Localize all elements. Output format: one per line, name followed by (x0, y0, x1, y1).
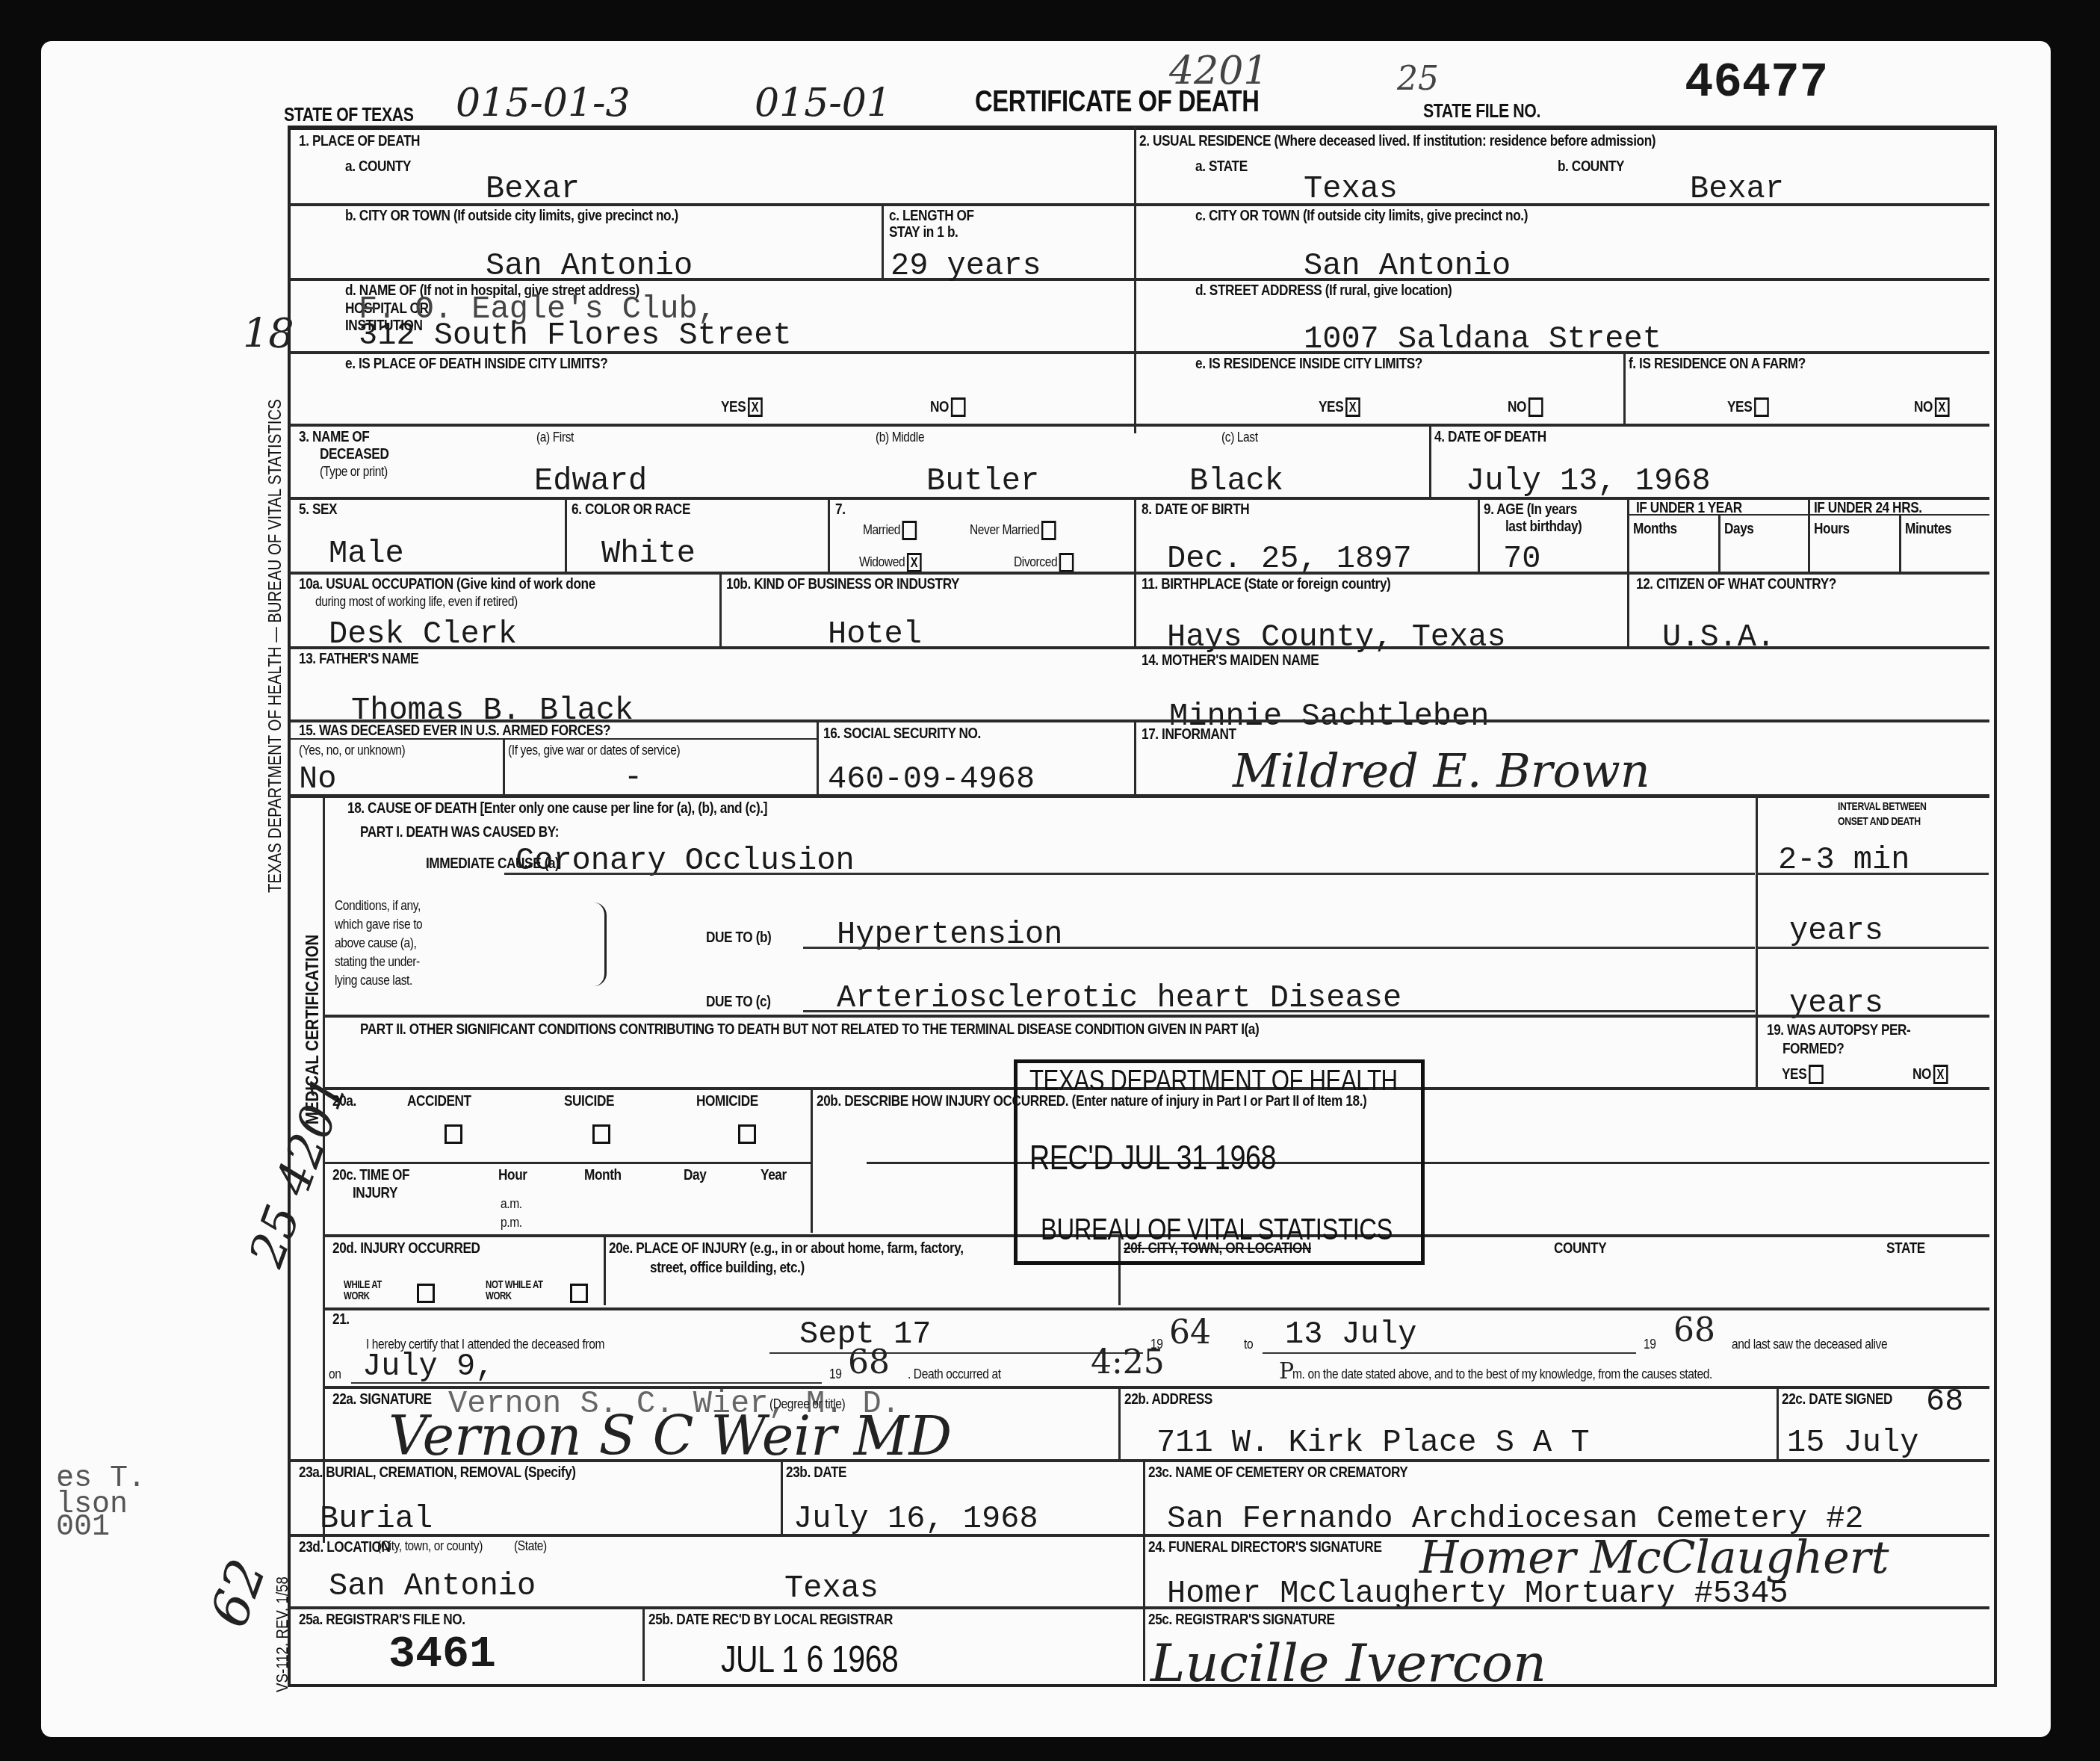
interval-b[interactable]: years (1789, 915, 1883, 947)
residence-inside-yes[interactable]: YESX (1319, 397, 1360, 417)
attended-from-year[interactable]: 64 (1169, 1313, 1211, 1352)
injury-state-label: STATE (1886, 1240, 1925, 1257)
cemetery[interactable]: San Fernando Archdiocesan Cemetery #2 (1167, 1503, 1864, 1535)
residence-county[interactable]: Bexar (1690, 173, 1784, 205)
part2-label: PART II. OTHER SIGNIFICANT CONDITIONS CO… (360, 1021, 1259, 1038)
divider (1808, 497, 1810, 572)
business[interactable]: Hotel (828, 619, 922, 650)
autopsy-label-2: FORMED? (1782, 1041, 1844, 1057)
date-of-birth-label: 8. DATE OF BIRTH (1142, 501, 1249, 518)
rule (324, 1015, 1989, 1018)
city-label: b. CITY OR TOWN (If outside city limits,… (345, 208, 678, 224)
rule (803, 947, 1755, 949)
residence-inside-limits-label: e. IS RESIDENCE INSIDE CITY LIMITS? (1195, 356, 1422, 372)
checkbox-checked[interactable]: X (1933, 1065, 1948, 1084)
divider (1118, 1386, 1121, 1459)
while-at-work-checkbox[interactable] (417, 1284, 435, 1303)
marital-never-married[interactable]: Never Married (970, 521, 1056, 540)
interval-a[interactable]: 2-3 min (1778, 844, 1909, 876)
yes-label: YES (1319, 398, 1343, 415)
while-at-work-label: WHILE AT WORK (344, 1278, 382, 1302)
injury-20a-label: 20a. (332, 1093, 356, 1109)
age-label-2: last birthday) (1505, 519, 1582, 535)
brace (594, 903, 607, 986)
armed-sub-2: (If yes, give war or dates of service) (508, 743, 680, 758)
cert-text-2: and last saw the deceased alive (1732, 1337, 1887, 1352)
time-of-injury-label-2: INJURY (353, 1185, 397, 1201)
attended-to-date[interactable]: 13 July (1285, 1319, 1416, 1350)
handwritten-18: 18 (243, 310, 294, 357)
date-of-death[interactable]: July 13, 1968 (1466, 465, 1711, 497)
state-of-texas-label: STATE OF TEXAS (284, 105, 414, 125)
place-of-injury-label-1: 20e. PLACE OF INJURY (e.g., in or about … (609, 1240, 964, 1257)
am-label: a.m. (501, 1197, 522, 1212)
divider (828, 497, 830, 572)
occupation-label-2: during most of working life, even if ret… (315, 595, 518, 610)
location-city-label: (City, town, or county) (377, 1539, 483, 1554)
due-to-c[interactable]: Arteriosclerotic heart Disease (837, 982, 1401, 1014)
armed-service[interactable]: - (624, 762, 642, 793)
date-signed[interactable]: 15 July (1787, 1427, 1918, 1458)
inside-limits-no[interactable]: NO (930, 397, 965, 417)
no-label: NO (1912, 1065, 1931, 1083)
armed-forces[interactable]: No (299, 764, 336, 795)
date-of-death-label: 4. DATE OF DEATH (1434, 429, 1546, 445)
divider (1777, 1386, 1779, 1459)
residence-city[interactable]: San Antonio (1304, 250, 1511, 282)
registrar-file-label: 25a. REGISTRAR'S FILE NO. (299, 1612, 465, 1628)
autopsy-yes[interactable]: YES (1782, 1065, 1823, 1084)
never-married-label: Never Married (970, 522, 1039, 538)
divider (811, 1087, 813, 1233)
divider (1134, 719, 1136, 796)
time-of-injury-label-1: 20c. TIME OF (332, 1167, 409, 1183)
interval-label-1: INTERVAL BETWEEN (1838, 801, 1927, 813)
registrar-date-label: 25b. DATE REC'D BY LOCAL REGISTRAR (648, 1612, 893, 1628)
due-to-b[interactable]: Hypertension (837, 919, 1062, 950)
location-state[interactable]: Texas (784, 1573, 879, 1604)
length-of-stay[interactable]: 29 years (891, 250, 1041, 282)
rule (289, 738, 817, 740)
not-while-at-work[interactable]: NOT WHILE AT WORK (486, 1279, 547, 1301)
funeral-home[interactable]: Homer McClaugherty Mortuary #5345 (1167, 1578, 1788, 1609)
handwritten-number: 4201 (1169, 49, 1268, 93)
homicide-checkbox[interactable] (738, 1124, 756, 1144)
date-of-birth[interactable]: Dec. 25, 1897 (1167, 543, 1412, 575)
divider (604, 1234, 606, 1305)
age[interactable]: 70 (1503, 543, 1540, 575)
cert-text-3: m. on the date stated above, and to the … (1292, 1367, 1712, 1382)
conditions-note-4: stating the under- (335, 955, 420, 970)
residence-inside-no[interactable]: NO (1508, 397, 1543, 417)
name-label-1: 3. NAME OF (299, 429, 369, 445)
minutes-label: Minutes (1905, 521, 1951, 537)
divider (817, 719, 819, 796)
conditions-note-3: above cause (a), (335, 936, 416, 951)
residence-street[interactable]: 1007 Saldana Street (1304, 324, 1661, 355)
yes-label: YES (1727, 398, 1752, 415)
divider (1478, 497, 1480, 572)
ssn-label: 16. SOCIAL SECURITY NO. (823, 725, 981, 742)
agency-vertical-label: TEXAS DEPARTMENT OF HEALTH — BUREAU OF V… (265, 399, 286, 893)
checkbox-unchecked[interactable] (1809, 1065, 1824, 1084)
physician-signature[interactable]: Vernon S C Weir MD (388, 1405, 952, 1467)
conditions-note-5: lying cause last. (335, 974, 412, 988)
divider (1899, 516, 1901, 572)
marital-divorced[interactable]: Divorced (1014, 553, 1074, 572)
county-label: a. COUNTY (345, 158, 411, 175)
last-seen-alive[interactable]: July 9, (362, 1351, 494, 1382)
married-label: Married (863, 522, 900, 538)
armed-sub-1: (Yes, no, or unknown) (299, 743, 405, 758)
checkbox-checked[interactable]: X (748, 397, 763, 417)
conditions-note-1: Conditions, if any, (335, 899, 421, 914)
rule (289, 572, 1989, 575)
residence-street-label: d. STREET ADDRESS (If rural, give locati… (1195, 282, 1452, 299)
mother-label: 14. MOTHER'S MAIDEN NAME (1142, 652, 1319, 669)
divider (1623, 351, 1626, 426)
handwritten-code-2: 015-01 (755, 81, 891, 126)
occupation[interactable]: Desk Clerk (329, 619, 517, 650)
middle-name[interactable]: Butler (926, 465, 1039, 497)
rule (289, 646, 1989, 649)
rule (289, 1606, 1989, 1609)
rule (803, 1010, 1755, 1012)
disposition-date-label: 23b. DATE (786, 1464, 846, 1481)
registrar-date[interactable]: JUL 1 6 1968 (721, 1640, 898, 1680)
registrar-signature-label: 25c. REGISTRAR'S SIGNATURE (1148, 1612, 1335, 1628)
physician-address[interactable]: 711 W. Kirk Place S A T (1156, 1427, 1590, 1458)
sex-label: 5. SEX (299, 501, 337, 518)
divider (565, 497, 567, 572)
rule (324, 1307, 1989, 1310)
inside-limits-yes[interactable]: YESX (721, 397, 762, 417)
death-city[interactable]: San Antonio (486, 250, 693, 282)
attended-to-year[interactable]: 68 (1673, 1311, 1715, 1349)
death-county[interactable]: Bexar (486, 173, 580, 205)
last-seen-year[interactable]: 68 (848, 1343, 890, 1381)
suicide-label: SUICIDE (564, 1093, 614, 1109)
widowed-label: Widowed (859, 554, 905, 570)
part1-label: PART I. DEATH WAS CAUSED BY: (360, 824, 559, 841)
interval-label-2: ONSET AND DEATH (1838, 816, 1921, 828)
bleed-through-3: 001 (56, 1513, 110, 1543)
checkbox-checked[interactable]: X (1345, 397, 1360, 417)
marital-married[interactable]: Married (863, 521, 917, 540)
autopsy-label-1: 19. WAS AUTOPSY PER- (1767, 1022, 1910, 1039)
last-name[interactable]: Black (1189, 465, 1283, 497)
checkbox-checked[interactable]: X (1934, 397, 1949, 417)
rule (769, 1352, 1143, 1354)
name-label-3: (Type or print) (320, 465, 388, 480)
yes-label: YES (721, 398, 746, 415)
checkbox-unchecked[interactable] (1528, 397, 1543, 417)
injury-occurred-label: 20d. INJURY OCCURRED (332, 1240, 480, 1257)
disposition-date[interactable]: July 16, 1968 (793, 1503, 1038, 1535)
location-city[interactable]: San Antonio (329, 1570, 536, 1602)
residence-state[interactable]: Texas (1304, 173, 1398, 205)
death-at-label: . Death occurred at (908, 1367, 1001, 1382)
homicide-label: HOMICIDE (696, 1093, 758, 1109)
to-label: to (1244, 1337, 1253, 1352)
rule (351, 1382, 822, 1384)
divider (719, 572, 722, 646)
year-label: Year (761, 1167, 787, 1183)
farm-no[interactable]: NOX (1914, 397, 1949, 417)
hours-label: Hours (1814, 521, 1850, 537)
not-while-at-work-label: NOT WHILE AT WORK (486, 1278, 543, 1302)
citizen-label: 12. CITIZEN OF WHAT COUNTRY? (1636, 576, 1836, 592)
rule (1263, 1352, 1636, 1354)
institution-line2[interactable]: 312 South Flores Street (359, 320, 792, 351)
location-state-label: (State) (514, 1539, 547, 1554)
first-name[interactable]: Edward (534, 465, 647, 497)
no-label: NO (1508, 398, 1526, 415)
place-of-death-label: 1. PLACE OF DEATH (299, 133, 420, 149)
farm-label: f. IS RESIDENCE ON A FARM? (1629, 356, 1806, 372)
usual-residence-label: 2. USUAL RESIDENCE (Where deceased lived… (1139, 133, 1655, 149)
place-of-injury-label-2: street, office building, etc.) (650, 1260, 805, 1276)
disposition-label: 23a. BURIAL, CREMATION, REMOVAL (Specify… (299, 1464, 576, 1481)
age-label-1: 9. AGE (In years (1484, 501, 1577, 518)
rule (1757, 947, 1989, 949)
birthplace-label: 11. BIRTHPLACE (State or foreign country… (1142, 576, 1390, 592)
residence-state-label: a. STATE (1195, 158, 1248, 175)
rule (504, 873, 1755, 875)
rule (289, 1459, 1989, 1462)
divider (503, 738, 505, 796)
divorced-label: Divorced (1014, 554, 1057, 570)
race[interactable]: White (601, 538, 696, 569)
informant-label: 17. INFORMANT (1142, 726, 1236, 743)
checkbox-unchecked[interactable] (902, 521, 917, 540)
under-1-year-label: IF UNDER 1 YEAR (1636, 500, 1742, 516)
no-label: NO (930, 398, 949, 415)
divider (1429, 424, 1431, 498)
registrar-file-no[interactable]: 3461 (388, 1632, 496, 1677)
state-file-label: STATE FILE NO. (1423, 101, 1540, 121)
informant-signature[interactable]: Mildred E. Brown (1233, 743, 1650, 798)
ssn[interactable]: 460-09-4968 (828, 764, 1035, 795)
item-21-label: 21. (332, 1311, 350, 1328)
cemetery-label: 23c. NAME OF CEMETERY OR CREMATORY (1148, 1464, 1407, 1481)
business-label: 10b. KIND OF BUSINESS OR INDUSTRY (726, 576, 959, 592)
state-file-number: 46477 (1685, 60, 1828, 108)
father-label: 13. FATHER'S NAME (299, 651, 418, 667)
checkbox-unchecked[interactable] (1041, 521, 1056, 540)
checkbox-unchecked[interactable] (1059, 553, 1074, 572)
yes-label: YES (1782, 1065, 1806, 1083)
interval-divider (1756, 796, 1758, 1087)
divider (882, 203, 884, 278)
hour-label: Hour (498, 1167, 527, 1183)
conditions-note-2: which gave rise to (335, 917, 422, 932)
divider (781, 1459, 783, 1534)
suicide-checkbox[interactable] (592, 1124, 610, 1144)
checkbox-checked[interactable]: X (907, 553, 922, 572)
on-label: on (329, 1367, 341, 1382)
rule (289, 794, 1989, 798)
pm-label: p.m. (501, 1216, 522, 1231)
race-label: 6. COLOR OR RACE (572, 501, 690, 518)
accident-checkbox[interactable] (445, 1124, 462, 1144)
first-name-label: (a) First (536, 430, 574, 445)
due-to-c-label: DUE TO (c) (706, 994, 770, 1010)
rule (1757, 873, 1989, 875)
inside-limits-label: e. IS PLACE OF DEATH INSIDE CITY LIMITS? (345, 356, 607, 372)
stamp-line3: BUREAU OF VITAL STATISTICS (1041, 1214, 1393, 1245)
rule (289, 424, 1989, 427)
accident-label: ACCIDENT (407, 1093, 471, 1109)
marital-widowed[interactable]: WidowedX (859, 553, 921, 572)
no-label: NO (1914, 398, 1933, 415)
funeral-director-label: 24. FUNERAL DIRECTOR'S SIGNATURE (1148, 1539, 1381, 1556)
stamp-line1: TEXAS DEPARTMENT OF HEALTH (1029, 1067, 1398, 1097)
farm-yes[interactable]: YES (1727, 397, 1768, 417)
armed-forces-label: 15. WAS DECEASED EVER IN U.S. ARMED FORC… (299, 722, 610, 739)
residence-county-label: b. COUNTY (1558, 158, 1624, 175)
handwritten-code-1: 015-01-3 (456, 81, 631, 126)
residence-city-label: c. CITY OR TOWN (If outside city limits,… (1195, 208, 1528, 224)
occupation-label-1: 10a. USUAL OCCUPATION (Give kind of work… (299, 576, 595, 592)
name-label-2: DECEASED (320, 446, 388, 462)
to-year-prefix: 19 (1644, 1337, 1656, 1352)
days-label: Days (1724, 521, 1754, 537)
handwritten-small: 25 (1397, 60, 1439, 98)
middle-name-label: (b) Middle (876, 430, 924, 445)
divider (1718, 516, 1720, 572)
divider (1143, 1459, 1145, 1681)
while-at-work[interactable]: WHILE AT WORK (344, 1279, 393, 1301)
months-label: Months (1633, 521, 1677, 537)
not-while-at-work-checkbox[interactable] (570, 1284, 588, 1303)
month-label: Month (584, 1167, 622, 1183)
due-to-b-label: DUE TO (b) (706, 929, 771, 946)
sex[interactable]: Male (329, 538, 404, 569)
date-signed-label: 22c. DATE SIGNED (1782, 1391, 1892, 1408)
last-name-label: (c) Last (1221, 430, 1258, 445)
last-seen-year-prefix: 19 (829, 1367, 842, 1382)
medical-column-divider (323, 796, 325, 1543)
rule (324, 1162, 811, 1164)
death-time[interactable]: 4:25 (1091, 1343, 1165, 1381)
cause-of-death-label: 18. CAUSE OF DEATH [Enter only one cause… (347, 800, 767, 817)
checkbox-unchecked[interactable] (950, 397, 965, 417)
day-label: Day (684, 1167, 706, 1183)
under-24-hrs-label: IF UNDER 24 HRS. (1814, 500, 1922, 516)
registrar-signature[interactable]: Lucille Ivercon (1150, 1632, 1546, 1694)
checkbox-unchecked[interactable] (1754, 397, 1769, 417)
date-signed-year[interactable]: 68 (1926, 1386, 1963, 1417)
address-label: 22b. ADDRESS (1124, 1391, 1212, 1408)
immediate-cause[interactable]: Coronary Occlusion (515, 845, 855, 876)
length-of-stay-label: c. LENGTH OF STAY in 1 b. (889, 208, 1006, 241)
disposition-method[interactable]: Burial (320, 1503, 433, 1535)
divider (642, 1606, 645, 1681)
autopsy-no[interactable]: NOX (1912, 1065, 1948, 1084)
stamp-line2: REC'D JUL 31 1968 (1029, 1139, 1276, 1175)
marital-label: 7. (835, 501, 846, 518)
injury-county-label: COUNTY (1554, 1240, 1606, 1257)
